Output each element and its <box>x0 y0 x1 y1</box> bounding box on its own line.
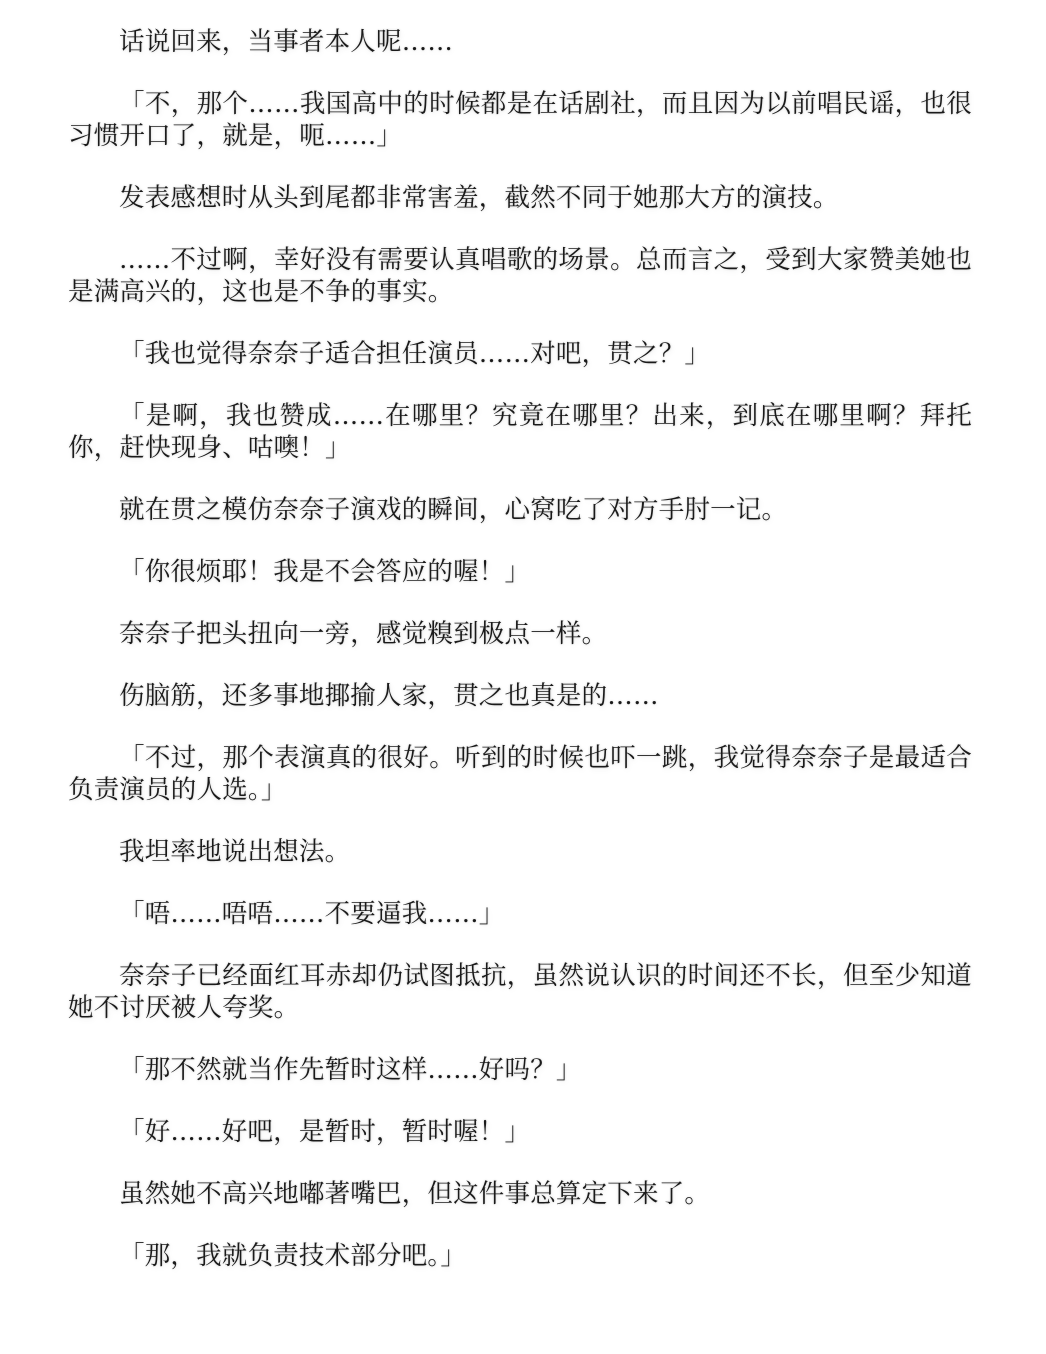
paragraph-dialogue: 「你很烦耶！我是不会答应的喔！」 <box>68 556 972 588</box>
paragraph-narration: 我坦率地说出想法。 <box>68 836 972 868</box>
paragraph-dialogue: 「那不然就当作先暂时这样……好吗？」 <box>68 1054 972 1086</box>
paragraph-narration: ……不过啊，幸好没有需要认真唱歌的场景。总而言之，受到大家赞美她也是满高兴的，这… <box>68 244 972 308</box>
paragraph-narration: 发表感想时从头到尾都非常害羞，截然不同于她那大方的演技。 <box>68 182 972 214</box>
paragraph-dialogue: 「不，那个……我国高中的时候都是在话剧社，而且因为以前唱民谣，也很习惯开口了，就… <box>68 88 972 152</box>
paragraph-narration: 话说回来，当事者本人呢…… <box>68 26 972 58</box>
paragraph-dialogue: 「唔……唔唔……不要逼我……」 <box>68 898 972 930</box>
paragraph-dialogue: 「好……好吧，是暂时，暂时喔！」 <box>68 1116 972 1148</box>
paragraph-dialogue: 「是啊，我也赞成……在哪里？究竟在哪里？出来，到底在哪里啊？拜托你，赶快现身、咕… <box>68 400 972 464</box>
paragraph-narration: 奈奈子把头扭向一旁，感觉糗到极点一样。 <box>68 618 972 650</box>
paragraph-narration: 就在贯之模仿奈奈子演戏的瞬间，心窝吃了对方手肘一记。 <box>68 494 972 526</box>
document-page: 话说回来，当事者本人呢…… 「不，那个……我国高中的时候都是在话剧社，而且因为以… <box>68 26 972 1302</box>
paragraph-dialogue: 「那，我就负责技术部分吧。」 <box>68 1240 972 1272</box>
paragraph-narration: 奈奈子已经面红耳赤却仍试图抵抗，虽然说认识的时间还不长，但至少知道她不讨厌被人夸… <box>68 960 972 1024</box>
paragraph-dialogue: 「不过，那个表演真的很好。听到的时候也吓一跳，我觉得奈奈子是最适合负责演员的人选… <box>68 742 972 806</box>
paragraph-narration: 虽然她不高兴地嘟著嘴巴，但这件事总算定下来了。 <box>68 1178 972 1210</box>
paragraph-dialogue: 「我也觉得奈奈子适合担任演员……对吧，贯之？」 <box>68 338 972 370</box>
paragraph-narration: 伤脑筋，还多事地揶揄人家，贯之也真是的…… <box>68 680 972 712</box>
